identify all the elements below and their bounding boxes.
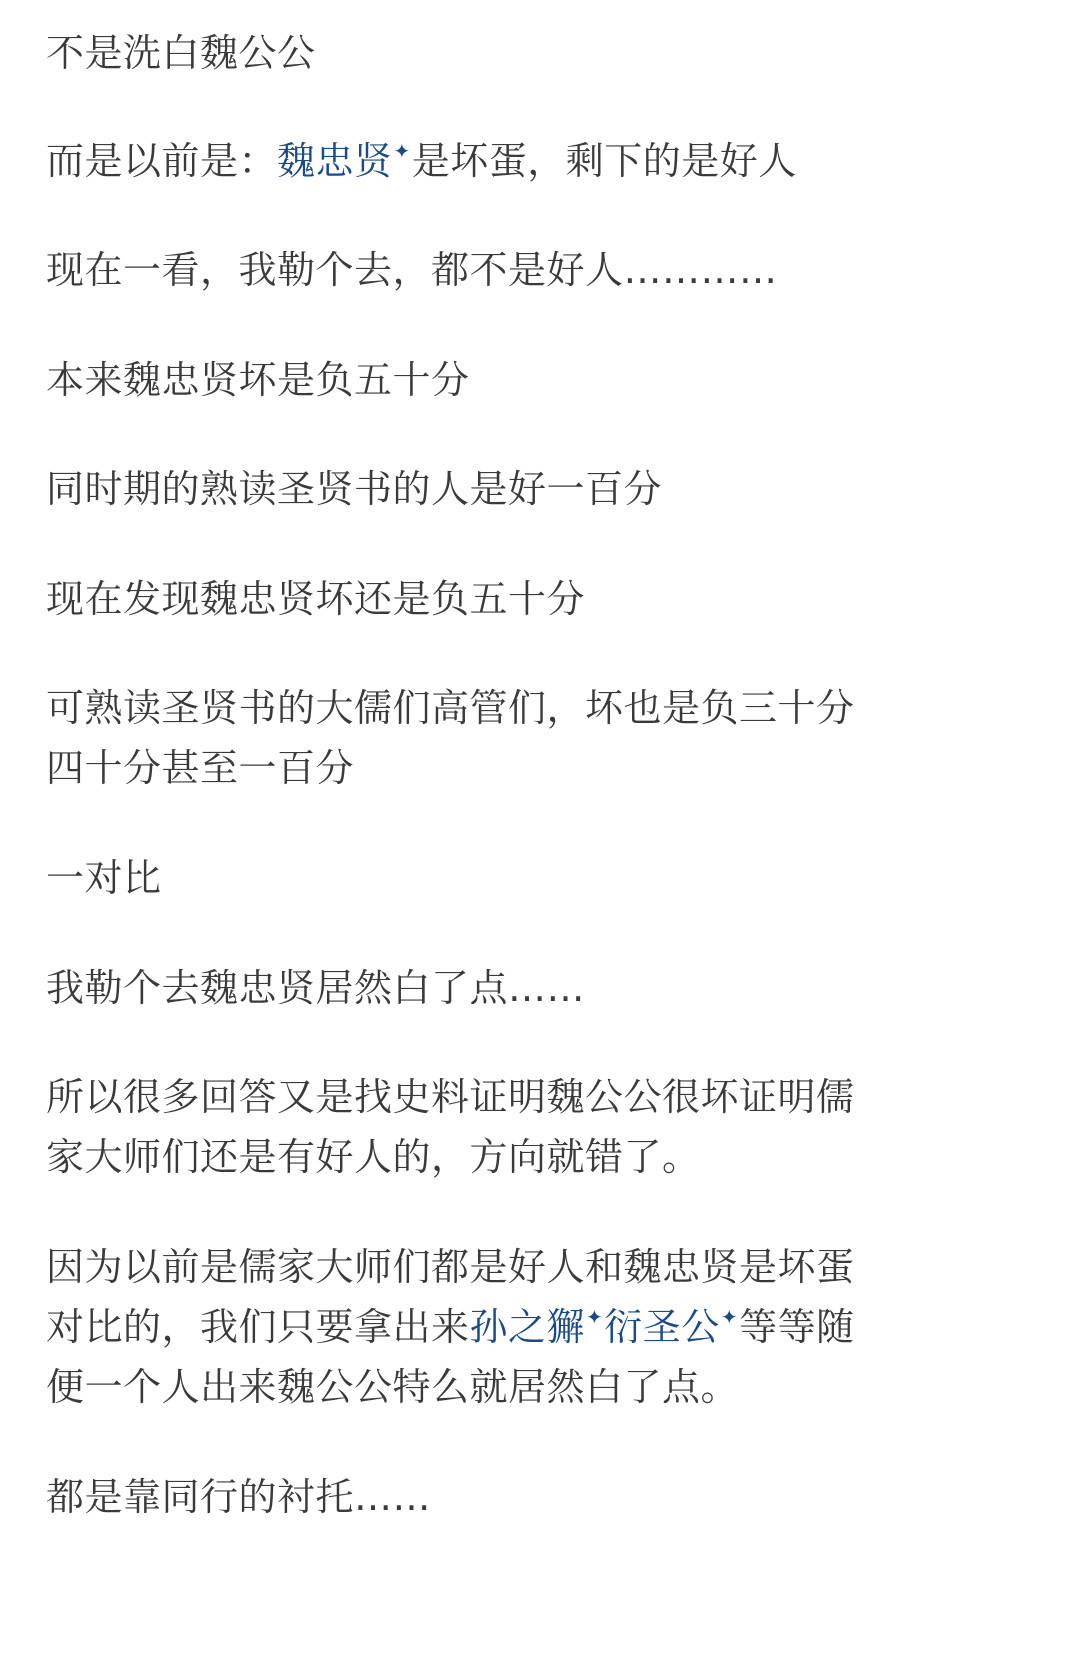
paragraph-1: 不是洗白魏公公 [46,23,946,83]
text-line: 可熟读圣贤书的大儒们高管们，坏也是负三十分 [46,678,946,738]
text-line: 家大师们还是有好人的，方向就错了。 [46,1127,946,1187]
answer-content: 不是洗白魏公公 而是以前是：魏忠贤✦是坏蛋，剩下的是好人 现在一看，我勒个去，都… [0,0,1080,1666]
link-sun-zhixie[interactable]: 孙之獬 [470,1305,586,1349]
paragraph-2: 而是以前是：魏忠贤✦是坏蛋，剩下的是好人 [46,131,946,191]
text-line: 便一个人出来魏公公特么就居然白了点。 [46,1357,946,1417]
paragraph-6: 现在发现魏忠贤坏还是负五十分 [46,569,946,629]
paragraph-7: 可熟读圣贤书的大儒们高管们，坏也是负三十分 四十分甚至一百分 [46,678,946,798]
text-segment: 而是以前是： [46,139,277,183]
text-line: 四十分甚至一百分 [46,738,946,798]
text-line: 我勒个去魏忠贤居然白了点…… [46,958,946,1018]
sparkle-icon: ✦ [394,141,411,161]
paragraph-11: 因为以前是儒家大师们都是好人和魏忠贤是坏蛋 对比的，我们只要拿出来孙之獬✦衍圣公… [46,1237,946,1417]
text-segment: 等等随 [739,1305,855,1349]
sparkle-icon: ✦ [586,1307,603,1327]
paragraph-10: 所以很多回答又是找史料证明魏公公很坏证明儒 家大师们还是有好人的，方向就错了。 [46,1067,946,1187]
text-line: 一对比 [46,848,946,908]
sparkle-icon: ✦ [721,1307,738,1327]
text-line: 对比的，我们只要拿出来孙之獬✦衍圣公✦等等随 [46,1297,946,1357]
paragraph-5: 同时期的熟读圣贤书的人是好一百分 [46,459,946,519]
text-line: 而是以前是：魏忠贤✦是坏蛋，剩下的是好人 [46,131,946,191]
text-line: 都是靠同行的衬托…… [46,1467,946,1527]
text-line: 因为以前是儒家大师们都是好人和魏忠贤是坏蛋 [46,1237,946,1297]
paragraph-4: 本来魏忠贤坏是负五十分 [46,350,946,410]
paragraph-12: 都是靠同行的衬托…… [46,1467,946,1527]
text-line: 本来魏忠贤坏是负五十分 [46,350,946,410]
text-line: 不是洗白魏公公 [46,23,946,83]
text-line: 现在发现魏忠贤坏还是负五十分 [46,569,946,629]
text-line: 同时期的熟读圣贤书的人是好一百分 [46,459,946,519]
paragraph-8: 一对比 [46,848,946,908]
link-yan-sheng-gong[interactable]: 衍圣公 [604,1305,720,1349]
text-segment: 是坏蛋，剩下的是好人 [412,139,797,183]
text-segment: 对比的，我们只要拿出来 [46,1305,470,1349]
link-wei-zhongxian[interactable]: 魏忠贤 [277,139,393,183]
text-line: 所以很多回答又是找史料证明魏公公很坏证明儒 [46,1067,946,1127]
text-line: 现在一看，我勒个去，都不是好人………… [46,240,946,300]
paragraph-3: 现在一看，我勒个去，都不是好人………… [46,240,946,300]
paragraph-9: 我勒个去魏忠贤居然白了点…… [46,958,946,1018]
